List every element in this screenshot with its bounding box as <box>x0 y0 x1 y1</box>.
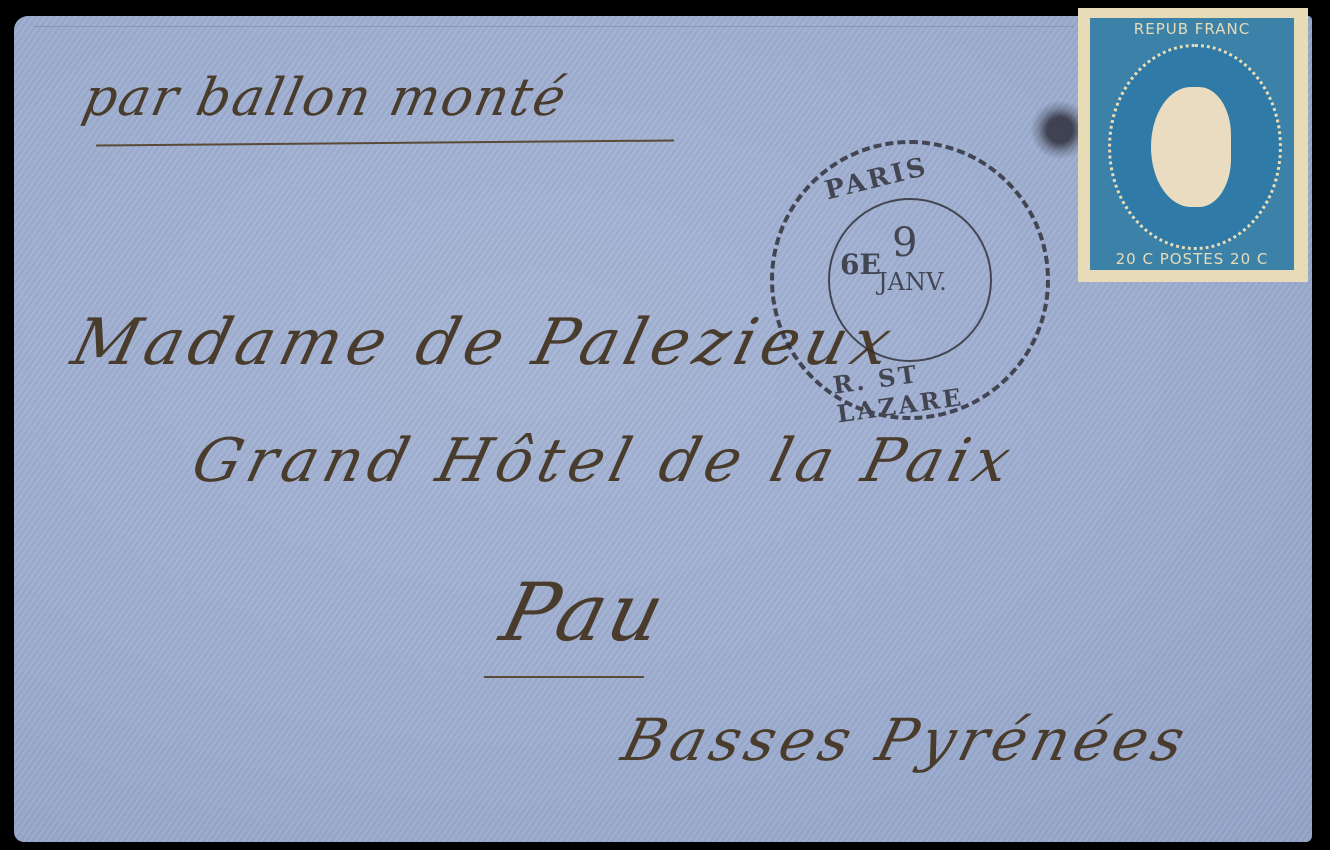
stamp-medallion <box>1108 44 1282 250</box>
postmark-day: 9 <box>892 220 917 266</box>
stamp-frame: REPUB FRANC 20 C POSTES 20 C <box>1090 18 1294 270</box>
stamp-top-text: REPUB FRANC <box>1090 20 1294 38</box>
postmark: PARIS 6E 9 JANV. R. ST LAZARE <box>770 140 1050 420</box>
postage-stamp: REPUB FRANC 20 C POSTES 20 C <box>1078 8 1308 282</box>
address-line-4: Basses Pyrénées <box>616 706 1197 774</box>
stamp-bottom-text: 20 C POSTES 20 C <box>1090 250 1294 268</box>
city-underline <box>484 676 644 678</box>
postmark-class: 6E <box>840 248 881 281</box>
endorsement-text: par ballon monté <box>78 68 573 128</box>
postmark-month: JANV. <box>878 268 947 296</box>
ceres-head-icon <box>1151 87 1231 207</box>
address-line-2: Grand Hôtel de la Paix <box>185 426 1023 496</box>
endorsement-underline <box>96 139 674 146</box>
address-line-3: Pau <box>492 566 677 659</box>
flap-edge <box>34 26 1074 27</box>
